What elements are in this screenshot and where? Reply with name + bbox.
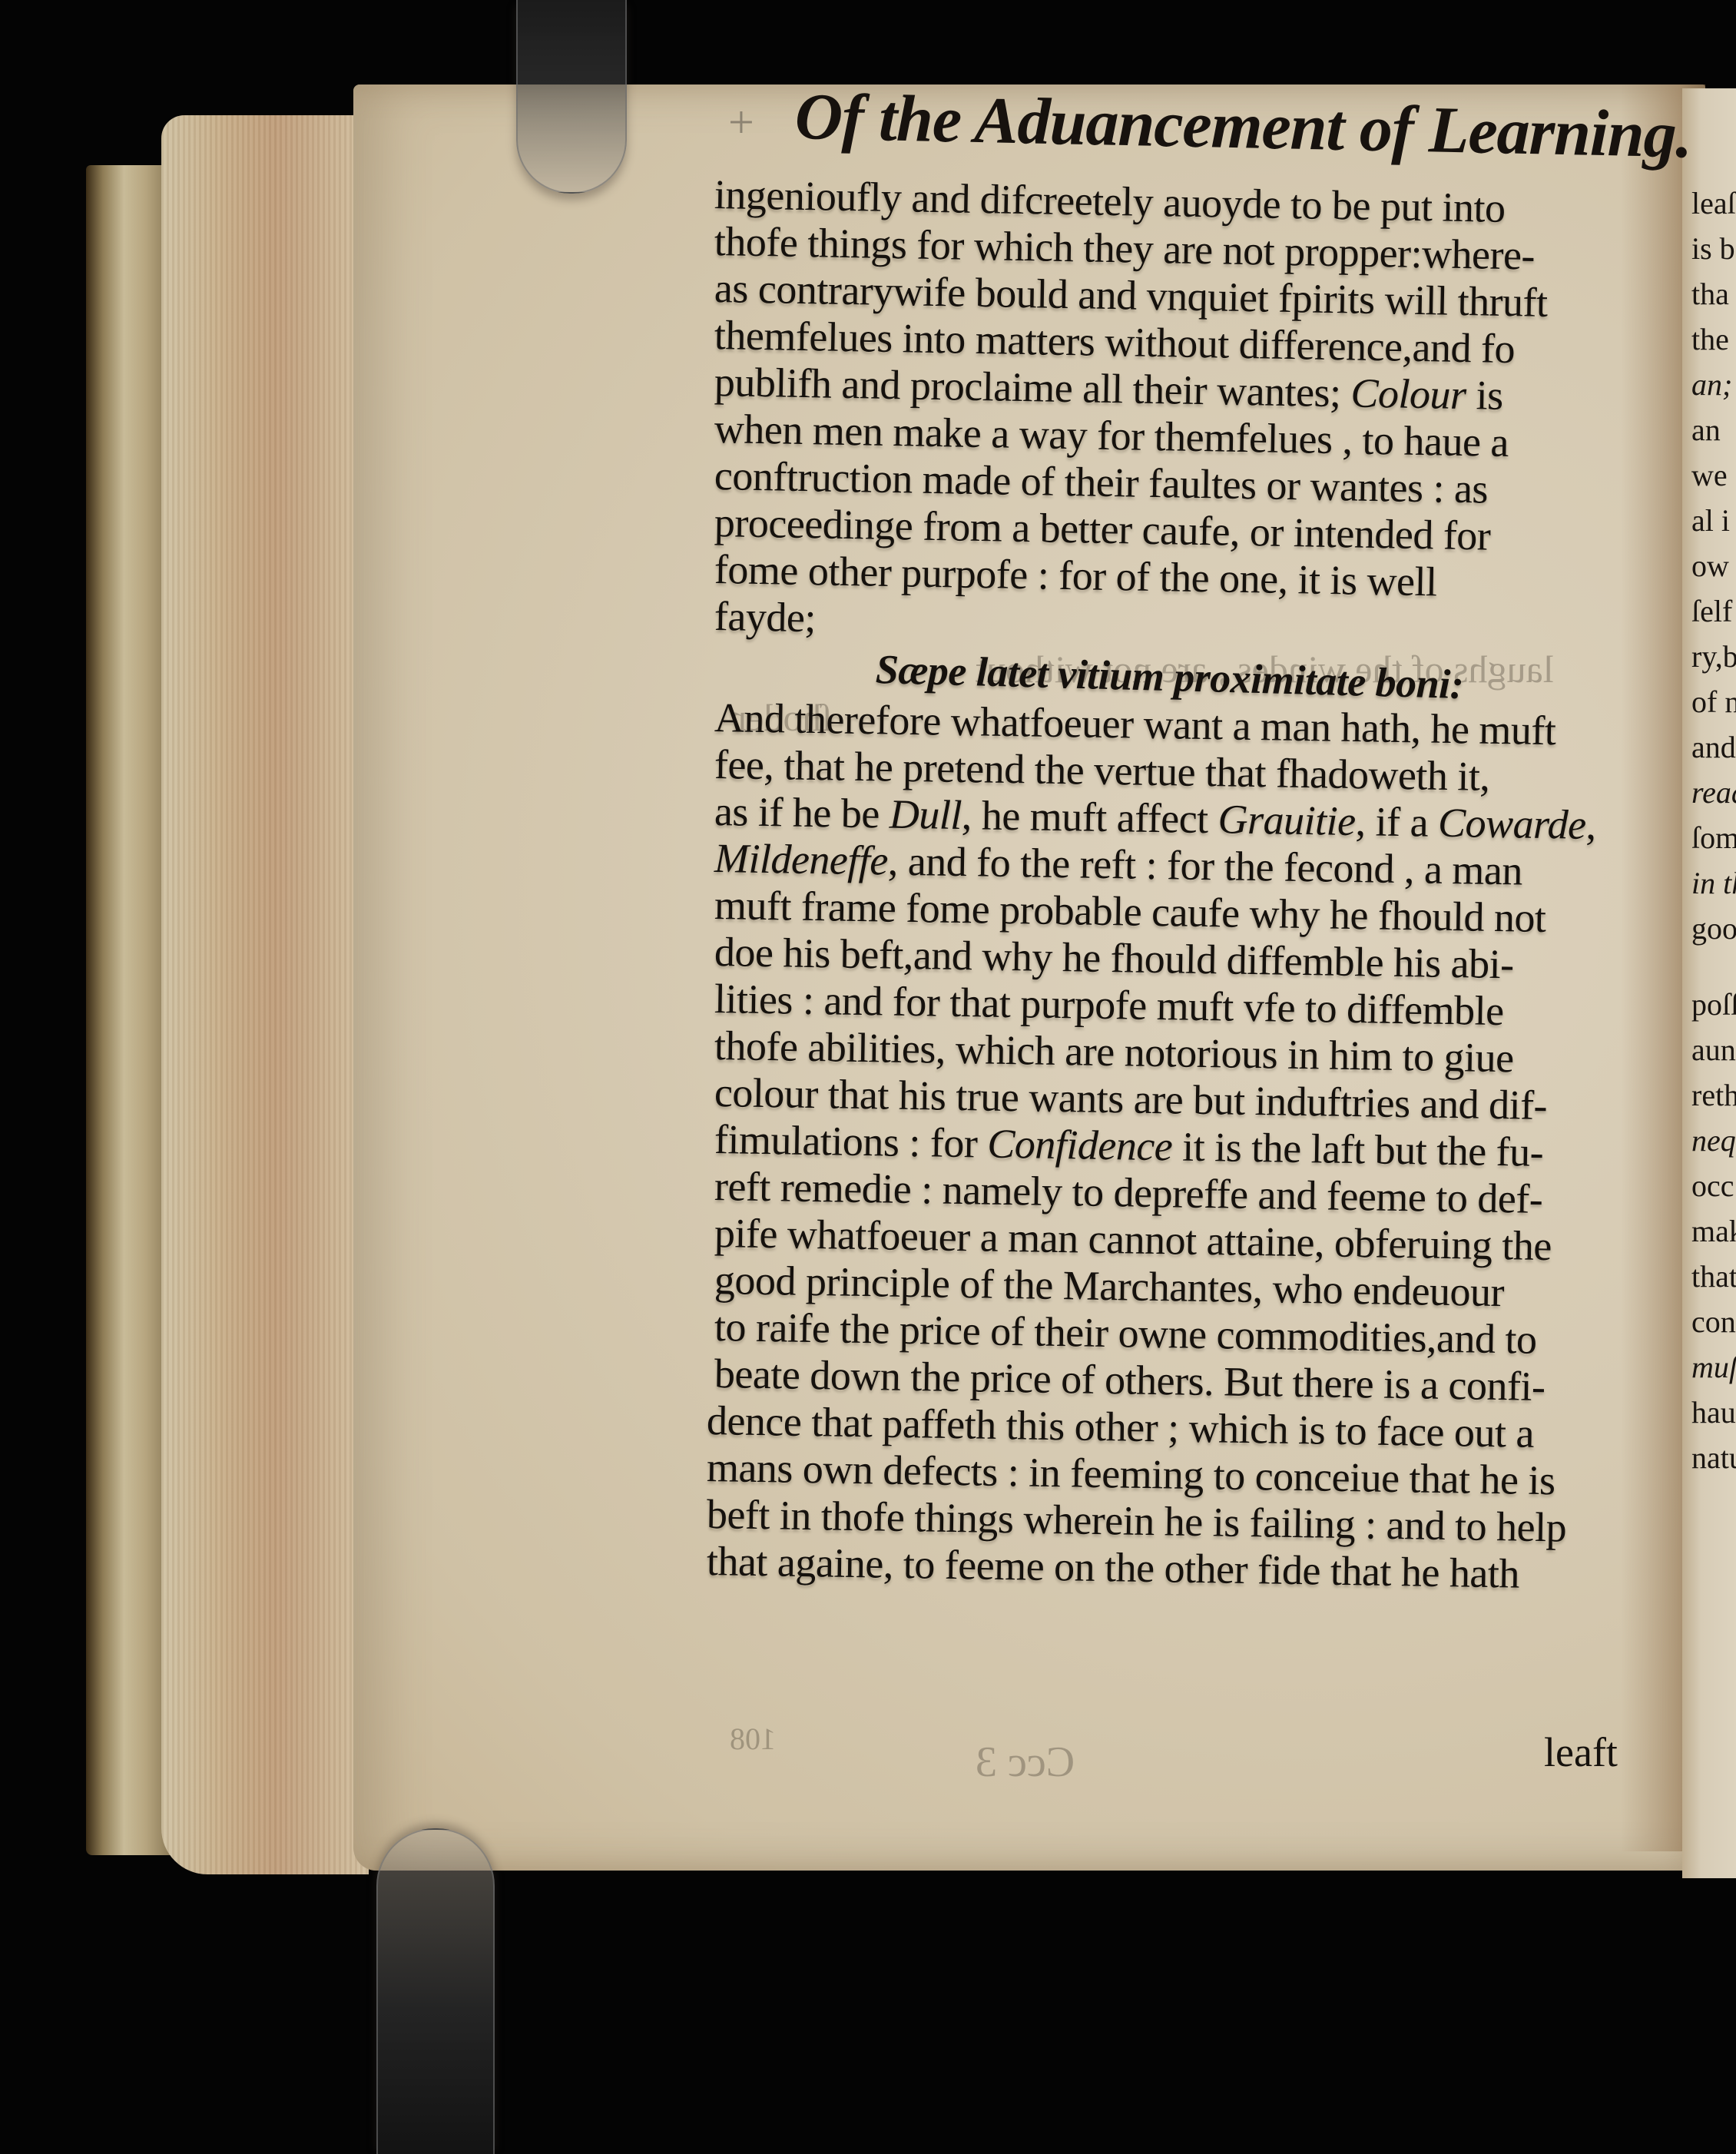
facing-page-line: the (1691, 324, 1729, 355)
facing-page-line: ow (1691, 551, 1729, 582)
facing-page-line: read (1691, 777, 1736, 808)
facing-page-line: ſomti (1691, 823, 1736, 853)
facing-page-line: reth (1691, 1080, 1736, 1111)
facing-page-line: ry,b (1691, 641, 1736, 672)
facing-page-line: that (1691, 1261, 1736, 1292)
facing-page-line: poſſi (1691, 989, 1736, 1020)
facing-page-line: occ (1691, 1171, 1734, 1201)
facing-page-line: ſelf (1691, 596, 1732, 627)
facing-page-line: is b (1691, 234, 1735, 264)
facing-page-line: con (1691, 1307, 1736, 1337)
book-cover-edge (86, 165, 171, 1855)
facing-page-line: an (1691, 415, 1721, 446)
facing-page-line: of n (1691, 687, 1736, 717)
signature-mark-bleed: Ccc 3 (976, 1738, 1075, 1787)
page-edge-stack (161, 115, 369, 1874)
facing-page-line: good (1691, 913, 1736, 944)
folio-number-bleed: 108 (730, 1721, 776, 1757)
facing-page-line: nequ (1691, 1125, 1736, 1156)
facing-page-line: natu (1691, 1443, 1736, 1473)
top-page-clip (516, 0, 627, 194)
catchword: leaft (1544, 1728, 1618, 1776)
facing-page-line: we (1691, 460, 1728, 491)
page-marker-bleed: + (728, 96, 754, 149)
facing-page-line: and (1691, 732, 1736, 763)
facing-page-line: an; (1691, 369, 1732, 400)
facing-page-line: leaſ (1691, 188, 1736, 219)
facing-page-line: in thei (1691, 868, 1736, 899)
facing-page-line: muſ (1691, 1352, 1736, 1383)
running-head: Of the Aduancement of Learning. (794, 83, 1633, 167)
facing-page-line: al i (1691, 505, 1730, 536)
facing-page-line: tha (1691, 279, 1729, 310)
facing-page-strip: leaſis bthathean;anweal iowſelfry,bof na… (1682, 88, 1736, 1878)
text-line: fayde; (714, 595, 817, 638)
facing-page-line: haue (1691, 1397, 1736, 1428)
facing-page-line: mak (1691, 1216, 1736, 1247)
bottom-page-clip (376, 1828, 495, 2154)
facing-page-line: aunt (1691, 1035, 1736, 1065)
